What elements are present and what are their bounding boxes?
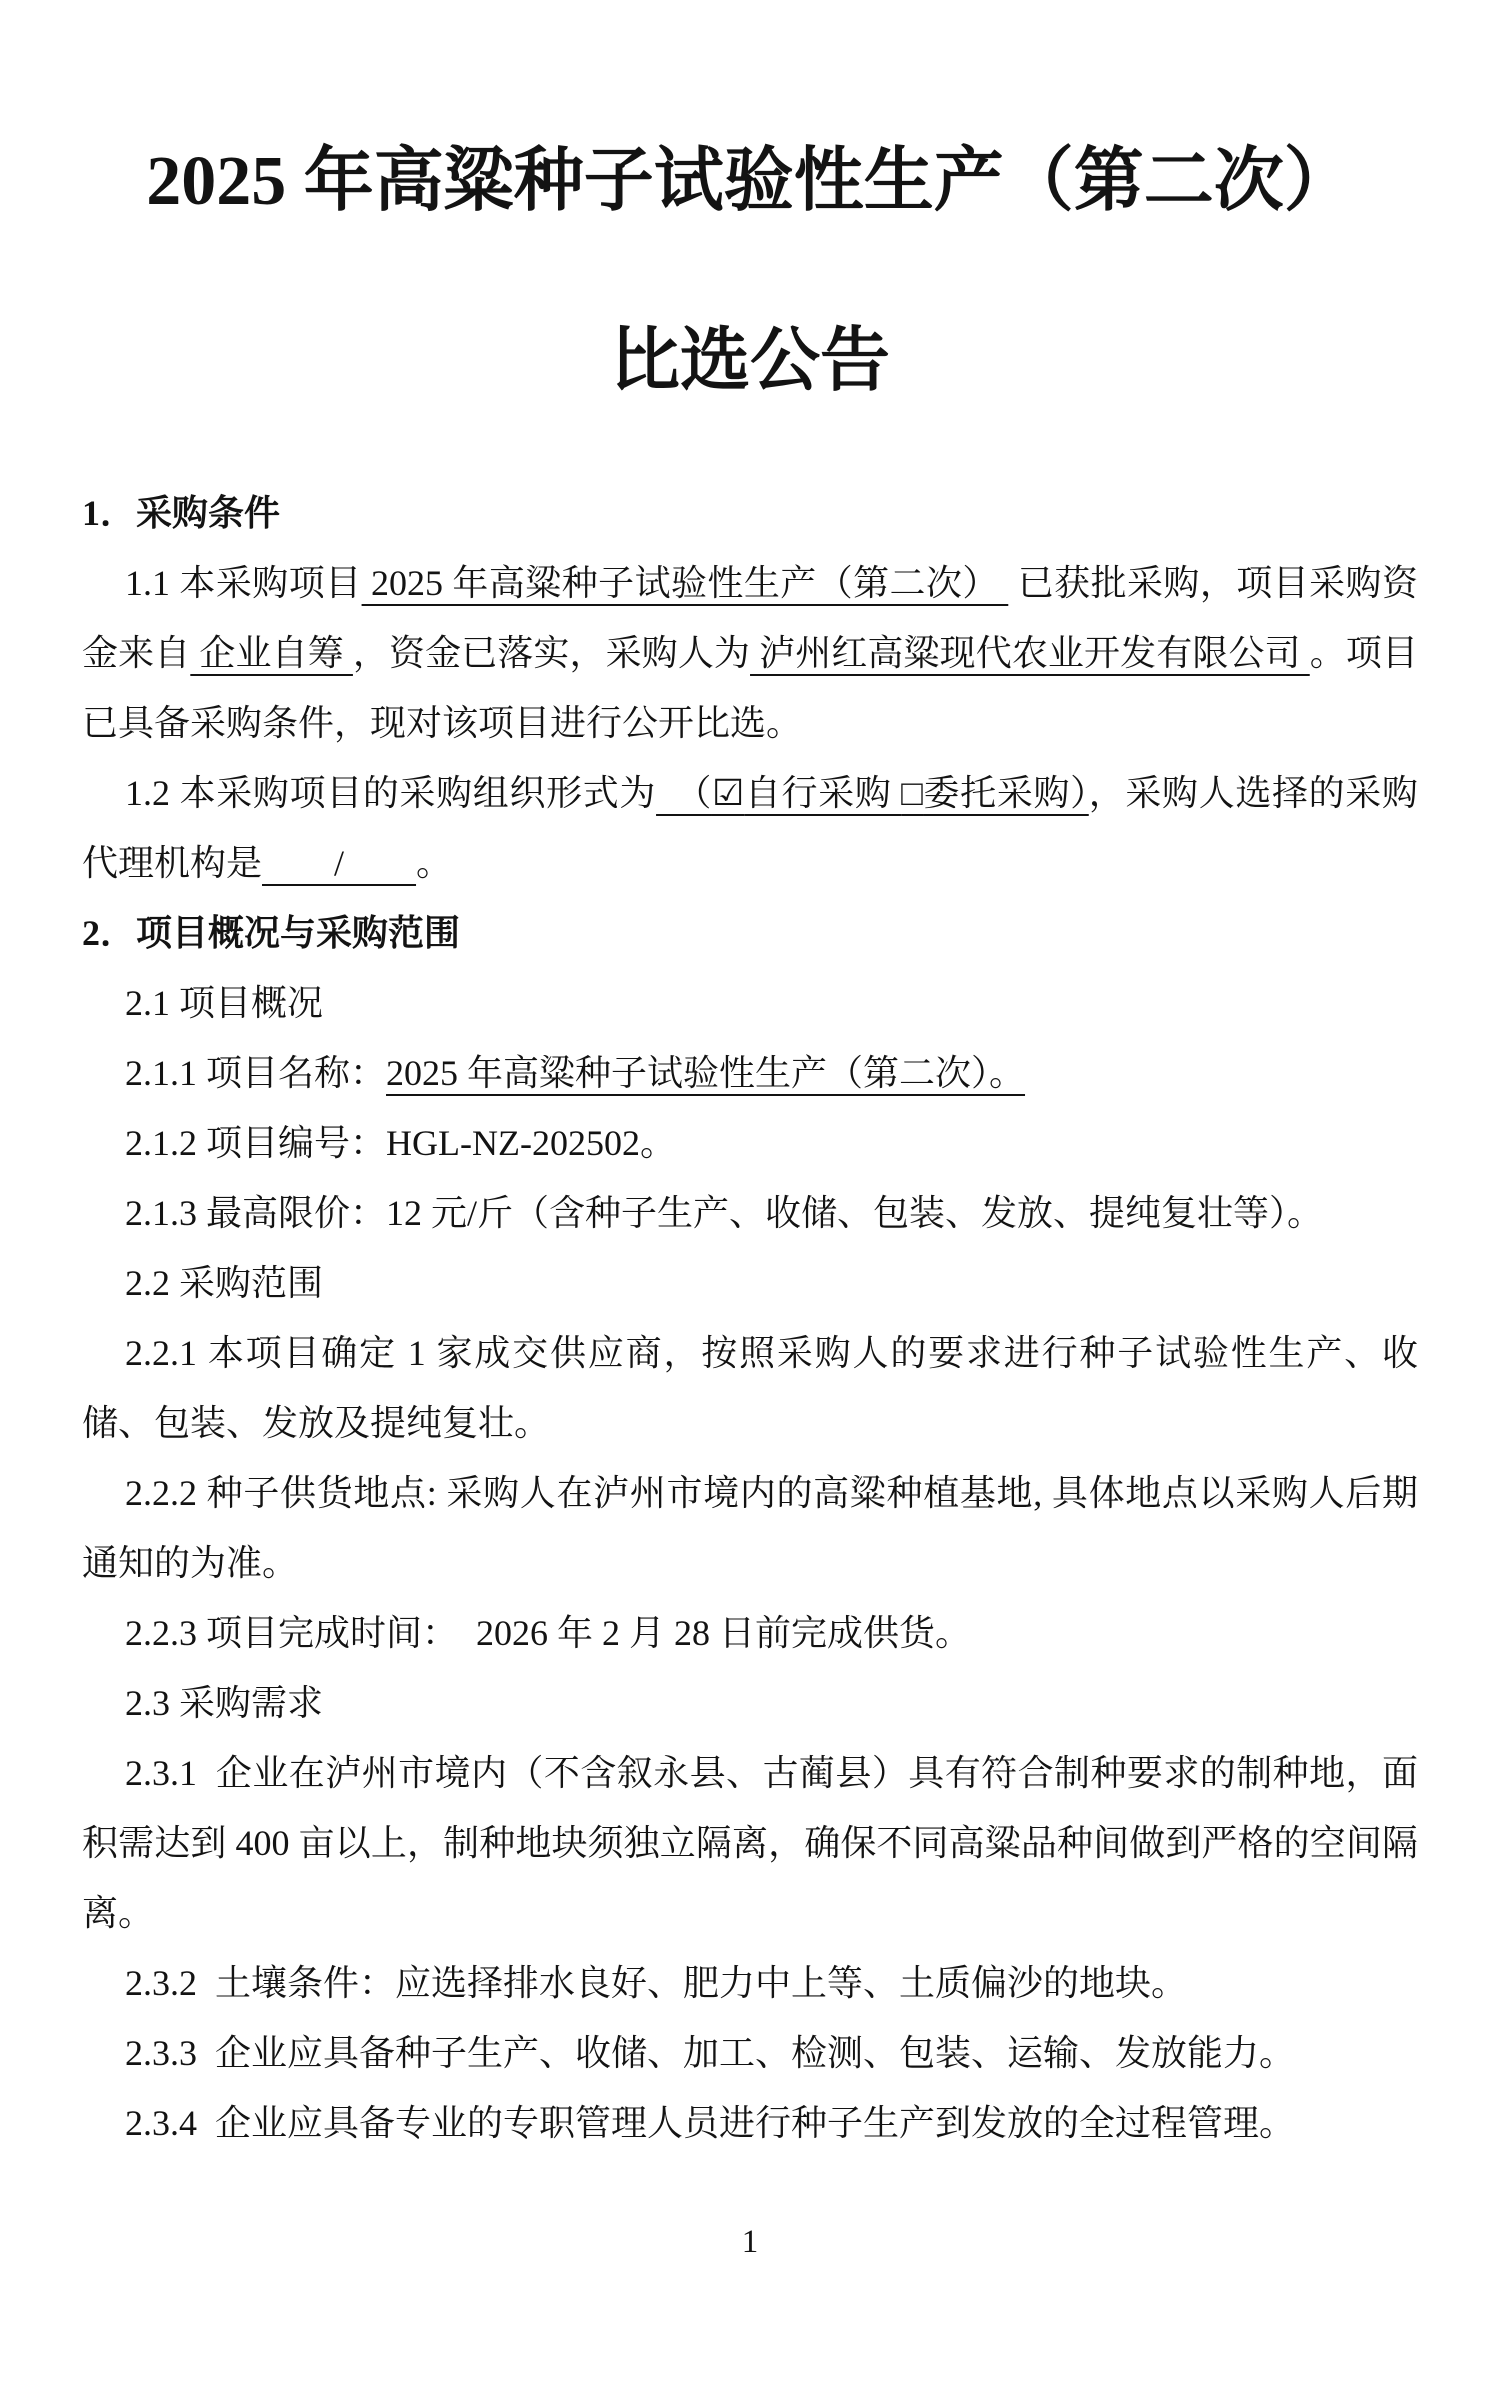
- paragraph: 2.2.2 种子供货地点: 采购人在泸州市境内的高粱种植基地, 具体地点以采购人…: [82, 1458, 1418, 1598]
- paragraph: 2.1 项目概况: [82, 968, 1418, 1038]
- text-segment: 2.3.2 土壤条件：应选择排水良好、肥力中上等、土质偏沙的地块。: [125, 1963, 1187, 2003]
- text-segment: 1．采购条件: [82, 493, 280, 533]
- document-title-line1: 2025 年高粱种子试验性生产（第二次）: [0, 0, 1500, 232]
- underlined-text: 企业自筹: [190, 633, 353, 673]
- text-segment: 1.1 本采购项目: [125, 563, 362, 603]
- underlined-text: 泸州红高粱现代农业开发有限公司: [750, 633, 1310, 673]
- footer-page-number: 1: [0, 2222, 1500, 2262]
- paragraph: 2.1.1 项目名称：2025 年高粱种子试验性生产（第二次）。: [82, 1038, 1418, 1108]
- text-segment: 2.2.1 本项目确定 1 家成交供应商，按照采购人的要求进行种子试验性生产、收…: [82, 1333, 1418, 1443]
- text-segment: 2.1.3 最高限价：12 元/斤（含种子生产、收储、包装、发放、提纯复壮等）。: [125, 1193, 1323, 1233]
- paragraph: 1.2 本采购项目的采购组织形式为 （☑自行采购 □委托采购），采购人选择的采购…: [82, 758, 1418, 898]
- document-page: 2025 年高粱种子试验性生产（第二次） 比选公告 1．采购条件1.1 本采购项…: [0, 0, 1500, 2408]
- underlined-text: /: [262, 843, 416, 883]
- section-heading: 2．项目概况与采购范围: [82, 898, 1418, 968]
- paragraph: 2.1.2 项目编号：HGL-NZ-202502。: [82, 1108, 1418, 1178]
- paragraph: 2.3.2 土壤条件：应选择排水良好、肥力中上等、土质偏沙的地块。: [82, 1948, 1418, 2018]
- paragraph: 2.3.3 企业应具备种子生产、收储、加工、检测、包装、运输、发放能力。: [82, 2018, 1418, 2088]
- underlined-text: 委托采购）: [924, 773, 1089, 813]
- text-segment: 2．项目概况与采购范围: [82, 913, 460, 953]
- text-segment: 1.2 本采购项目的采购组织形式为: [125, 773, 656, 813]
- text-segment: 2.3.3 企业应具备种子生产、收储、加工、检测、包装、运输、发放能力。: [125, 2033, 1295, 2073]
- paragraph: 2.2.1 本项目确定 1 家成交供应商，按照采购人的要求进行种子试验性生产、收…: [82, 1318, 1418, 1458]
- paragraph: 2.2.3 项目完成时间： 2026 年 2 月 28 日前完成供货。: [82, 1598, 1418, 1668]
- underlined-text: 2025 年高粱种子试验性生产（第二次）。: [386, 1053, 1025, 1093]
- section-heading: 1．采购条件: [82, 478, 1418, 548]
- paragraph: 2.2 采购范围: [82, 1248, 1418, 1318]
- paragraph: 1.1 本采购项目 2025 年高粱种子试验性生产（第二次） 已获批采购，项目采…: [82, 548, 1418, 758]
- text-segment: 2.3.1 企业在泸州市境内（不含叙永县、古蔺县）具有符合制种要求的制种地，面积…: [82, 1753, 1418, 1933]
- text-segment: 2.3.4 企业应具备专业的专职管理人员进行种子生产到发放的全过程管理。: [125, 2103, 1295, 2143]
- checked-checkbox-icon: ☑: [712, 773, 744, 813]
- paragraph: 2.3.1 企业在泸州市境内（不含叙永县、古蔺县）具有符合制种要求的制种地，面积…: [82, 1738, 1418, 1948]
- text-segment: 2.1 项目概况: [125, 983, 323, 1023]
- document-title-line2: 比选公告: [0, 312, 1500, 412]
- text-segment: 。: [416, 843, 452, 883]
- text-segment: 2.1.1 项目名称：: [125, 1053, 386, 1093]
- paragraph: 2.3 采购需求: [82, 1668, 1418, 1738]
- paragraph: 2.3.4 企业应具备专业的专职管理人员进行种子生产到发放的全过程管理。: [82, 2088, 1418, 2158]
- text-segment: 2.2 采购范围: [125, 1263, 323, 1303]
- text-segment: 2.3 采购需求: [125, 1683, 323, 1723]
- text-segment: 2.2.2 种子供货地点: 采购人在泸州市境内的高粱种植基地, 具体地点以采购人…: [82, 1473, 1418, 1583]
- text-segment: 2.2.3 项目完成时间： 2026 年 2 月 28 日前完成供货。: [125, 1613, 971, 1653]
- underlined-text: 自行采购: [744, 773, 901, 813]
- underlined-text: 2025 年高粱种子试验性生产（第二次）: [362, 563, 1009, 603]
- underlined-text: （: [656, 773, 712, 813]
- paragraph: 2.1.3 最高限价：12 元/斤（含种子生产、收储、包装、发放、提纯复壮等）。: [82, 1178, 1418, 1248]
- text-segment: 2.1.2 项目编号：HGL-NZ-202502。: [125, 1123, 676, 1163]
- document-body: 1．采购条件1.1 本采购项目 2025 年高粱种子试验性生产（第二次） 已获批…: [0, 478, 1500, 2158]
- text-segment: ，资金已落实，采购人为: [353, 633, 750, 673]
- unchecked-checkbox-icon: □: [901, 773, 923, 813]
